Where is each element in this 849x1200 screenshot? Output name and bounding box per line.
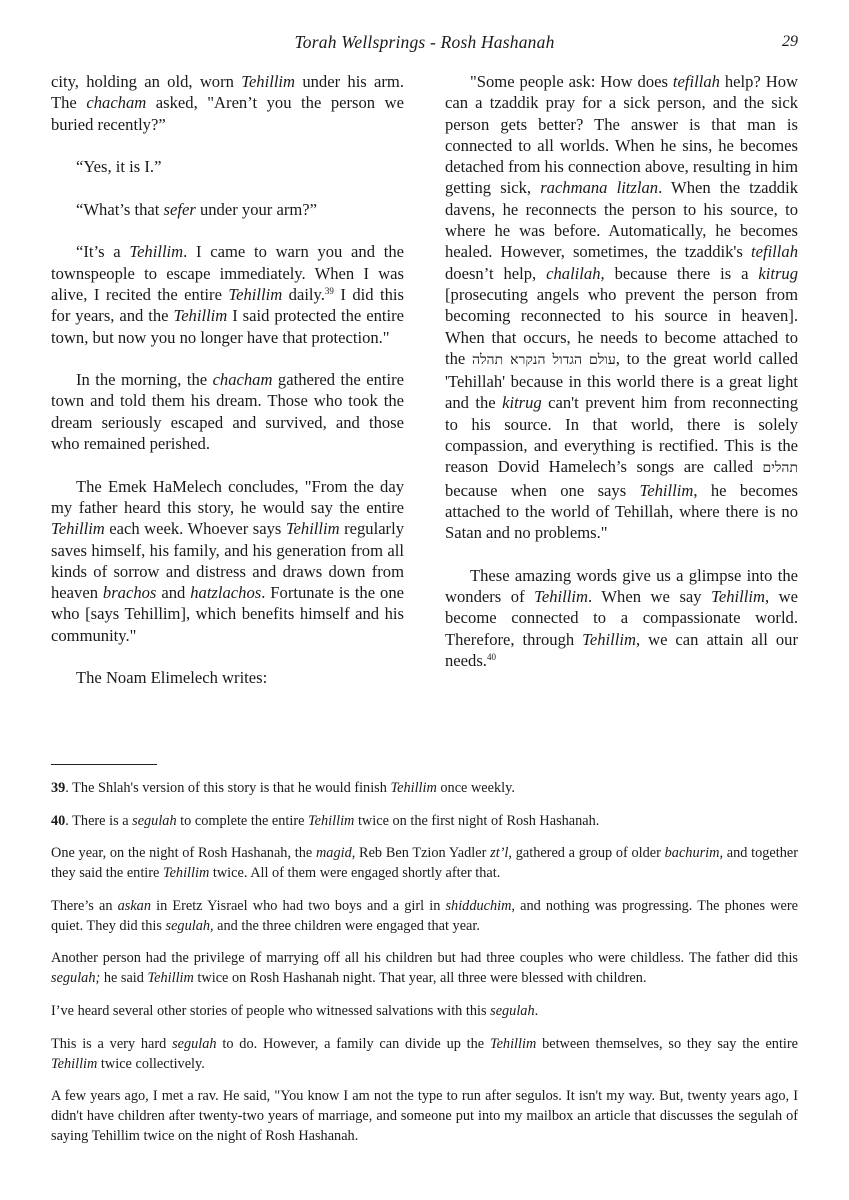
text: . There is a (65, 813, 132, 829)
italic-term: zt’l (490, 845, 508, 861)
text: because when one says (445, 481, 640, 500)
text: twice collectively. (97, 1056, 204, 1072)
paragraph: “Yes, it is I.” (51, 156, 404, 177)
italic-term: chalilah (546, 264, 600, 283)
italic-term: segulah (132, 813, 176, 829)
footnote-paragraph: This is a very hard segulah to do. Howev… (51, 1034, 798, 1074)
text: , because there is a (601, 264, 759, 283)
left-column: city, holding an old, worn Tehillim unde… (51, 71, 404, 689)
paragraph: The Noam Elimelech writes: (51, 667, 404, 688)
italic-term: Tehillim (173, 306, 227, 325)
footnote-number: 39 (51, 780, 65, 796)
italic-term: segulah, (166, 918, 214, 934)
italic-term: bachurim, (665, 845, 723, 861)
italic-term: Tehillim (228, 285, 282, 304)
text: “It’s a (76, 242, 129, 261)
text: to do. However, a family can divide up t… (217, 1036, 490, 1052)
italic-term: chacham (86, 93, 146, 112)
footnote-separator (51, 764, 157, 765)
italic-term: magid (316, 845, 352, 861)
footnote-number: 40 (51, 813, 65, 829)
italic-term: Tehillim (711, 587, 765, 606)
text: between themselves, so they say the enti… (536, 1036, 798, 1052)
italic-term: tefillah (751, 242, 798, 261)
footnote-paragraph: One year, on the night of Rosh Hashanah,… (51, 843, 798, 883)
italic-term: segulah; (51, 970, 100, 986)
italic-term: Tehillim (308, 813, 354, 829)
book-title: Torah Wellsprings - Rosh Hashanah (51, 32, 798, 53)
text: This is a very hard (51, 1036, 172, 1052)
footnote-paragraph: A few years ago, I met a rav. He said, "… (51, 1086, 798, 1146)
italic-term: Tehillim (241, 72, 295, 91)
paragraph: In the morning, the chacham gathered the… (51, 369, 404, 454)
text: “What’s that (76, 200, 164, 219)
text: . (535, 1003, 539, 1019)
italic-term: kitrug (758, 264, 798, 283)
text: twice on the first night of Rosh Hashana… (354, 813, 599, 829)
text: doesn’t help, (445, 264, 546, 283)
italic-term: segulah (172, 1036, 216, 1052)
footnote-paragraph: I’ve heard several other stories of peop… (51, 1001, 798, 1021)
italic-term: Tehillim (51, 1056, 97, 1072)
paragraph: “What’s that sefer under your arm?” (51, 199, 404, 220)
italic-term: shidduchim, (445, 898, 515, 914)
italic-term: tefillah (673, 72, 720, 91)
page-number: 29 (782, 33, 798, 51)
quote-paragraph: "Some people ask: How does tefillah help… (445, 71, 798, 544)
text: The Emek HaMelech concludes, "From the d… (51, 477, 404, 517)
italic-term: Tehillim (129, 242, 183, 261)
text: There’s an (51, 898, 118, 914)
italic-term: rachmana litzlan (540, 178, 658, 197)
footnotes: 39. The Shlah's version of this story is… (51, 778, 798, 1159)
paragraph: These amazing words give us a glimpse in… (445, 565, 798, 671)
footnote-ref-39[interactable]: 39 (325, 286, 334, 296)
paragraph: “It’s a Tehillim. I came to warn you and… (51, 241, 404, 347)
italic-term: Tehillim (534, 587, 588, 606)
text: I’ve heard several other stories of peop… (51, 1003, 490, 1019)
text: he said (100, 970, 147, 986)
text: . The Shlah's version of this story is t… (65, 780, 390, 796)
footnote-paragraph: There’s an askan in Eretz Yisrael who ha… (51, 896, 798, 936)
running-header: Torah Wellsprings - Rosh Hashanah 29 (51, 32, 798, 56)
text: city, holding an old, worn (51, 72, 241, 91)
italic-term: Tehillim (582, 630, 636, 649)
italic-term: Tehillim (148, 970, 194, 986)
text: One year, on the night of Rosh Hashanah,… (51, 845, 316, 861)
text: in Eretz Yisrael who had two boys and a … (151, 898, 446, 914)
italic-term: Tehillim (286, 519, 340, 538)
right-column: "Some people ask: How does tefillah help… (445, 71, 798, 671)
text: daily. (282, 285, 325, 304)
text: In the morning, the (76, 370, 213, 389)
text: , Reb Ben Tzion Yadler (352, 845, 490, 861)
italic-term: sefer (164, 200, 196, 219)
text: to complete the entire (177, 813, 308, 829)
text: , gathered a group of older (508, 845, 664, 861)
italic-term: kitrug (502, 393, 542, 412)
italic-term: Tehillim (390, 780, 436, 796)
italic-term: Tehillim (490, 1036, 536, 1052)
footnote-paragraph: Another person had the privilege of marr… (51, 948, 798, 988)
text: under your arm?” (196, 200, 317, 219)
italic-term: brachos (103, 583, 156, 602)
footnote-40: 40. There is a segulah to complete the e… (51, 811, 798, 831)
italic-term: askan (118, 898, 151, 914)
text: and (156, 583, 190, 602)
text: . When we say (588, 587, 711, 606)
hebrew-phrase: עולם הגדול הנקרא תהלה (472, 352, 616, 368)
italic-term: segulah (490, 1003, 534, 1019)
italic-term: Tehillim (163, 865, 209, 881)
text: twice on Rosh Hashanah night. That year,… (194, 970, 647, 986)
text: and the three children were engaged that… (214, 918, 480, 934)
hebrew-word: תהלים (762, 460, 798, 476)
italic-term: hatzlachos (190, 583, 261, 602)
text: Another person had the privilege of marr… (51, 950, 798, 966)
text: once weekly. (437, 780, 515, 796)
footnote-39: 39. The Shlah's version of this story is… (51, 778, 798, 798)
paragraph: The Emek HaMelech concludes, "From the d… (51, 476, 404, 646)
text: "Some people ask: How does (470, 72, 673, 91)
footnote-ref-40[interactable]: 40 (487, 652, 496, 662)
text: twice. All of them were engaged shortly … (209, 865, 500, 881)
paragraph: city, holding an old, worn Tehillim unde… (51, 71, 404, 135)
italic-term: Tehillim (640, 481, 694, 500)
text: each week. Whoever says (105, 519, 286, 538)
italic-term: chacham (213, 370, 273, 389)
italic-term: Tehillim (51, 519, 105, 538)
